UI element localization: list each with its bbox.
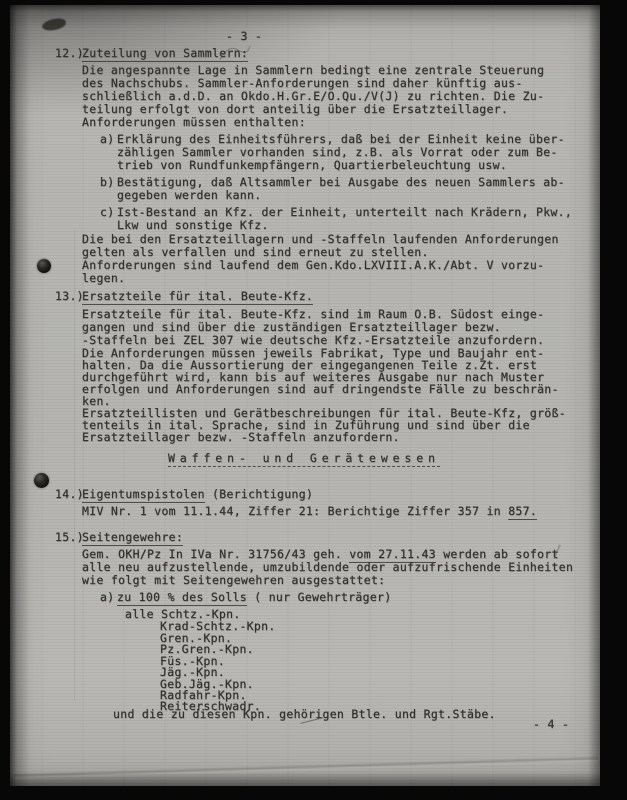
item-14-title: Eigentumspistolen (Berichtigung) [82,488,313,500]
sub-item-a-label: a) [100,591,114,603]
body-line: Ist-Bestand an Kfz. der Einheit, unterte… [117,206,572,218]
scanned-document-page: - 3 -12.)Zuteilung von Sammlern:Die ange… [0,0,627,800]
sub-item-a-label: a) [100,133,114,145]
body-line: Anforderungen müssen enthalten: [82,116,306,128]
body-line: des Nachschubs. Sammler-Anforderungen si… [82,77,523,89]
item-15-title: Seitengewehre: [82,531,183,543]
body-line: Erklärung des Einheitsführers, daß bei d… [117,133,565,145]
body-line: zähligen Sammler vorhanden sind, z.B. al… [117,146,558,158]
body-line: schließlich a.d.D. an Okdo.H.Gr.E/O.Qu./… [82,90,544,102]
item-13-number: 13.) [55,290,84,302]
body-line: Bestätigung, daß Altsammler bei Ausgabe … [117,176,565,188]
body-line: MIV Nr. 1 vom 11.1.44, Ziffer 21: Berich… [82,505,537,517]
body-line: Gem. OKH/Pz In IVa Nr. 31756/43 geh. vom… [82,548,559,560]
page-number-top: - 3 - [226,30,262,42]
body-line: zu 100 % des Solls ( nur Gewehrträger) [117,591,392,603]
body-line: Lkw und sonstige Kfz. [117,219,269,231]
body-line: gegeben werden kann. [117,189,261,201]
item-13-title: Ersatzteile für ital. Beute-Kfz. [82,290,313,302]
body-line: wie folgt mit Seitengewehren ausgestatte… [82,574,385,586]
body-line: Anforderungen sind laufend dem Gen.Kdo.L… [82,259,544,271]
body-line: alle neu aufzustellende, umzubildende od… [82,561,573,573]
body-line: und die zu diesen Kpn. gehörigen Btle. u… [113,708,496,720]
body-line: Ersatzteillager bezw. -Staffeln anzuford… [82,431,400,443]
body-line: trieb von Rundfunkempfängern, Quartierbe… [117,159,507,171]
body-line: gelten als verfallen und sind erneut zu … [82,246,429,258]
body-line: teilung erfolgt von dort anteilig über d… [82,103,508,115]
sub-item-c-label: c) [100,206,114,218]
body-line: Die angespannte Lage in Sammlern bedingt… [82,64,544,76]
body-line: gangen und sind über die zuständigen Ers… [82,321,501,333]
text-layer: - 3 -12.)Zuteilung von Sammlern:Die ange… [0,0,627,800]
page-number-bottom: - 4 - [533,718,569,730]
item-15-number: 15.) [55,531,84,543]
item-14-number: 14.) [55,488,84,500]
body-line: Die bei den Ersatzteillagern und -Staffe… [82,233,559,245]
body-line: erfolgen und Anforderungen sind auf drin… [82,383,559,395]
body-line: -Staffeln bei ZEL 307 wie deutsche Kfz.-… [82,334,544,346]
body-line: legen. [82,272,125,284]
body-line: Ersatzteile für ital. Beute-Kfz. sind im… [82,308,544,320]
sub-item-b-label: b) [100,176,114,188]
item-12-title: Zuteilung von Sammlern: [82,47,248,59]
item-12-number: 12.) [55,47,84,59]
section-heading: Waffen- und Gerätewesen [168,452,440,464]
